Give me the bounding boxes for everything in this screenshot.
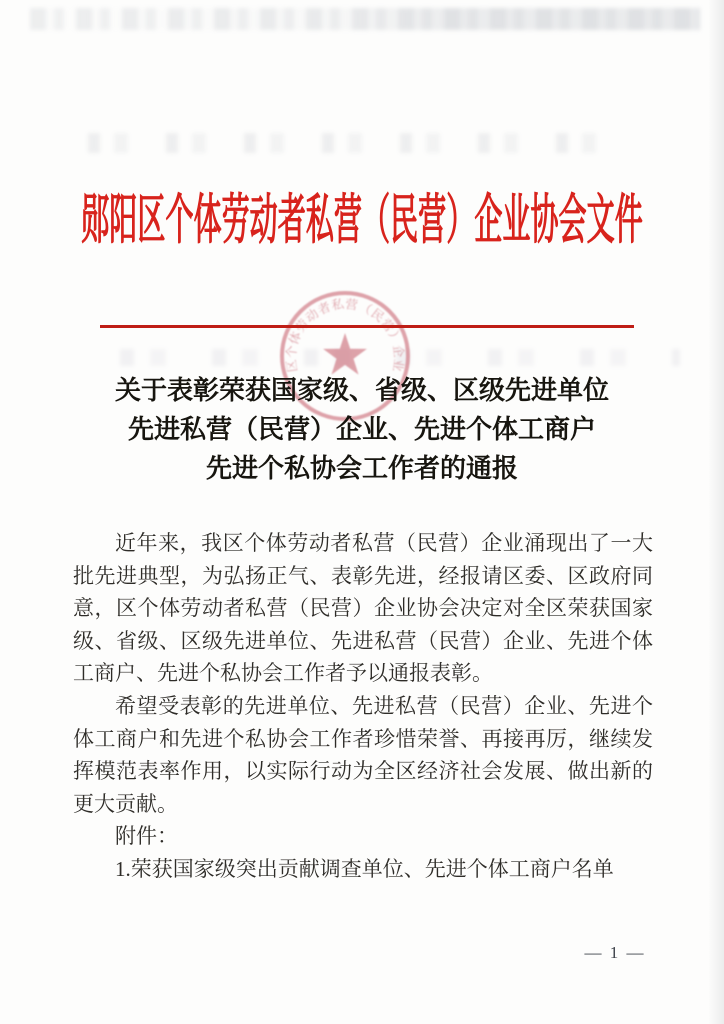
scan-bleedthrough-artifact-upper [88,133,608,153]
attachment-item-1: 1.荣获国家级突出贡献调查单位、先进个体工商户名单 [73,853,653,886]
letterhead-title: 郧阳区个体劳动者私营（民营）企业协会文件 [81,177,643,254]
letterhead: 郧阳区个体劳动者私营（民营）企业协会文件 [0,176,724,254]
document-title-line-3: 先进个私协会工作者的通报 [0,449,724,488]
red-separator-line [100,325,634,328]
body-paragraph-2: 希望受表彰的先进单位、先进私营（民营）企业、先进个体工商户和先进个私协会工作者珍… [73,690,653,820]
scan-edge-shadow [708,0,724,1024]
document-title-line-1: 关于表彰荣获国家级、省级、区级先进单位 [0,371,724,410]
document-body: 近年来，我区个体劳动者私营（民营）企业涌现出了一大批先进典型，为弘扬正气、表彰先… [73,527,653,886]
attachments-label: 附件： [73,820,653,853]
body-paragraph-1: 近年来，我区个体劳动者私营（民营）企业涌现出了一大批先进典型，为弘扬正气、表彰先… [73,527,653,690]
scan-bleedthrough-artifact-top [30,8,700,30]
page-number: — 1 — [560,943,670,963]
document-title: 关于表彰荣获国家级、省级、区级先进单位 先进私营（民营）企业、先进个体工商户 先… [0,371,724,488]
document-title-line-2: 先进私营（民营）企业、先进个体工商户 [0,410,724,449]
star-icon [323,333,367,375]
scanned-document-page: 郧阳区个体劳动者私营（民营）企业协会文件 郧阳区个体劳动者私营（民营）企业协会 … [0,0,724,1024]
